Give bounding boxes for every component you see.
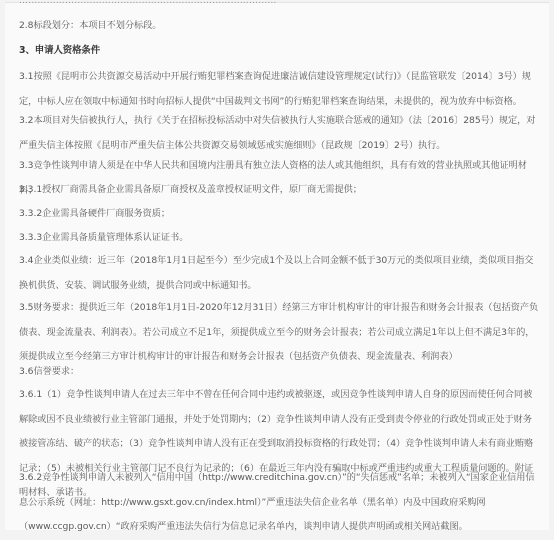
paragraph-3-6-2: 3.6.2竞争性谈判申请人未被列入“信用中国（http://www.credit… (19, 466, 539, 529)
paragraph-2-8: 2.8标段划分：本项目不划分标段。 (19, 14, 539, 39)
cut-off-text-line: ………………………………………………………………………… (19, 0, 469, 6)
paragraph-3-3-1: 3.3.1授权厂商需具备企业需具备原厂商授权及盖章授权证明文件，原厂商无需提供； (19, 178, 539, 203)
paragraph-3-6: 3.6信誉要求： (19, 360, 539, 385)
paragraph-3-5: 3.5财务要求：提供近三年（2018年1月1日-2020年12月31日）经第三方… (19, 296, 539, 370)
paragraph-3-1: 3.1按照《昆明市公共资源交易活动中开展行贿犯罪档案查询促进廉洁诚信建设管理规定… (19, 65, 539, 114)
paragraph-3-3-3: 3.3.3企业需具备质量管理体系认证证书。 (19, 226, 539, 251)
document-panel: ………………………………………………………………………… 2.8标段划分：本项目… (5, 2, 549, 529)
paragraph-3-3-2: 3.3.2企业需具备硬件厂商服务资质； (19, 202, 539, 227)
paragraph-3-2: 3.2本项目对失信被执行人，执行《关于在招标投标活动中对失信被执行人实施联合惩戒… (19, 109, 539, 158)
paragraph-3-4: 3.4企业类似业绩：近三年（2018年1月1日起至今）至少完成1个及以上合同金额… (19, 249, 539, 298)
section-heading-3: 3、申请人资格条件 (19, 39, 539, 64)
